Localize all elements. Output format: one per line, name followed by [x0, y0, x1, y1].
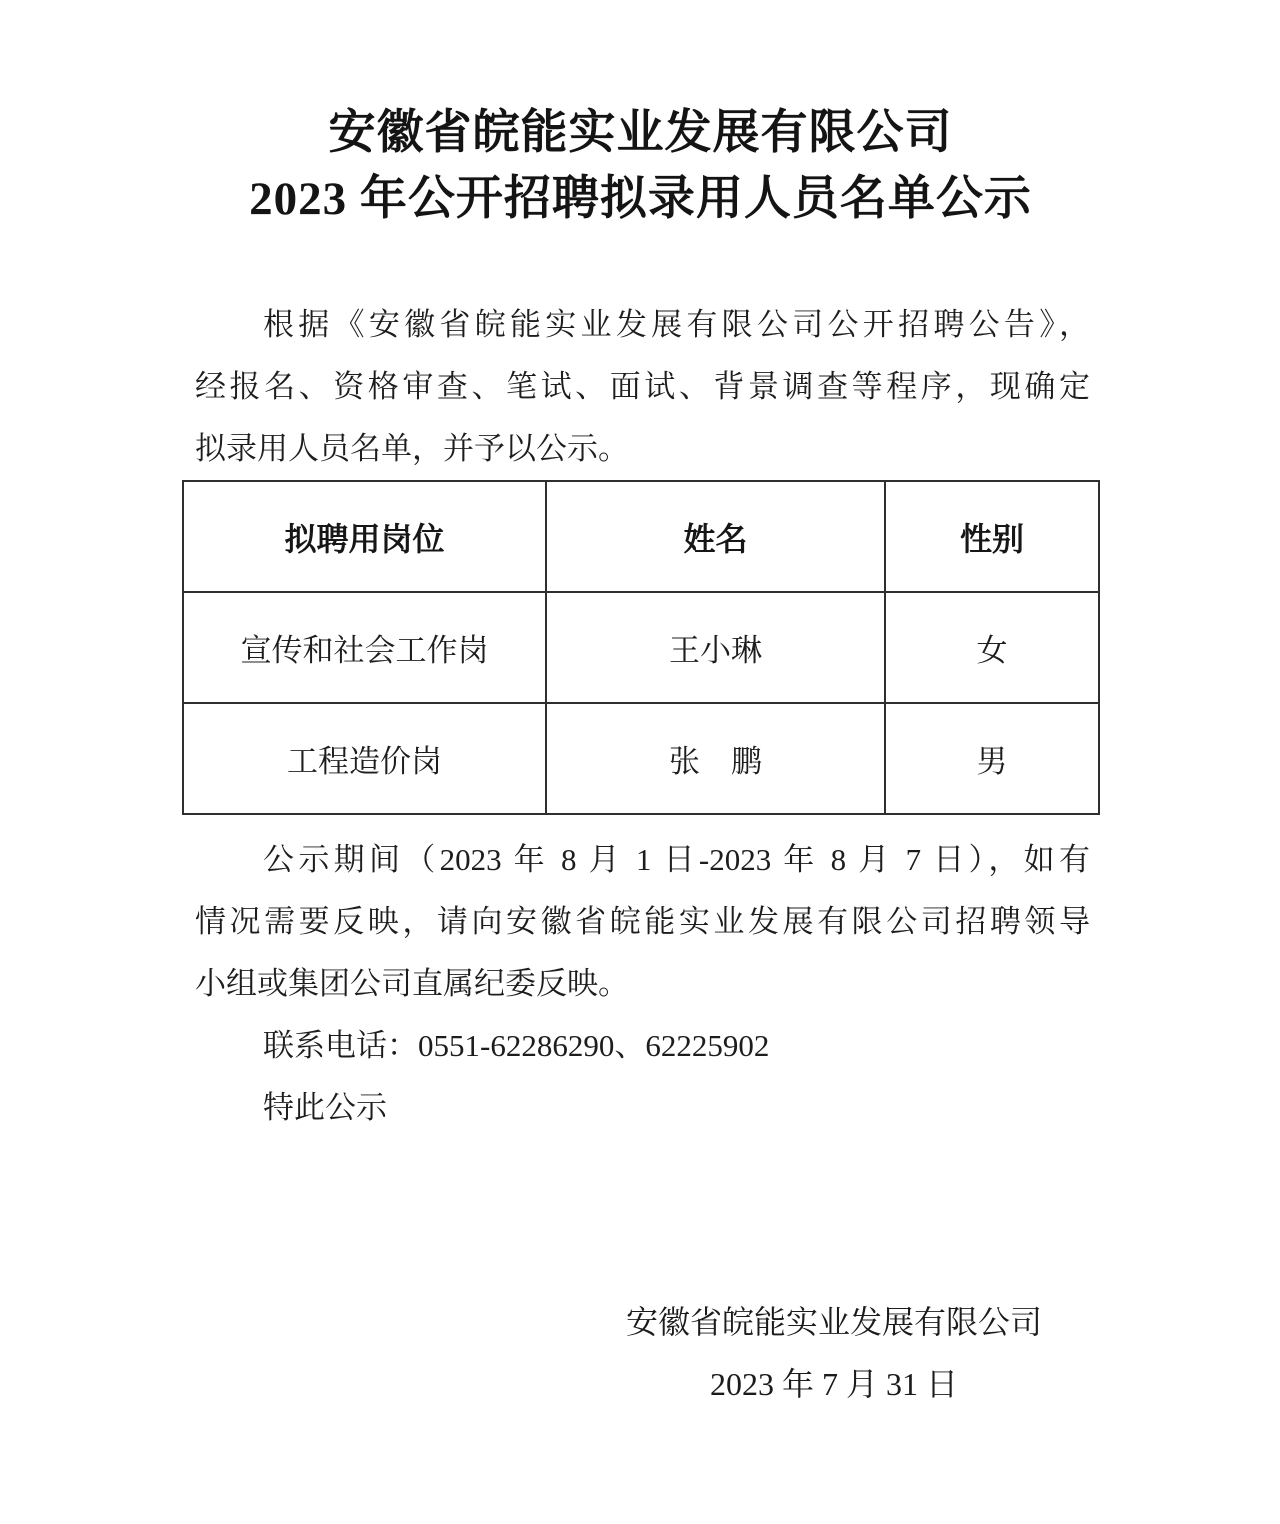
document-page: 安徽省皖能实业发展有限公司 2023 年公开招聘拟录用人员名单公示 根据《安徽省… [0, 0, 1280, 1524]
cell-gender: 男 [885, 703, 1099, 814]
notice-line-1: 公示期间（2023 年 8 月 1 日-2023 年 8 月 7 日），如有 [195, 829, 1090, 891]
signature-block: 安徽省皖能实业发展有限公司 2023 年 7 月 31 日 [183, 1291, 1098, 1415]
intro-line-1: 根据《安徽省皖能实业发展有限公司公开招聘公告》， [195, 294, 1090, 356]
title-line-company: 安徽省皖能实业发展有限公司 [183, 100, 1098, 166]
signature-company: 安徽省皖能实业发展有限公司 [570, 1291, 1098, 1353]
header-cell-name: 姓名 [546, 481, 885, 592]
cell-position: 工程造价岗 [183, 703, 546, 814]
cell-position: 宣传和社会工作岗 [183, 592, 546, 703]
signature-date: 2023 年 7 月 31 日 [570, 1353, 1098, 1415]
intro-paragraph: 根据《安徽省皖能实业发展有限公司公开招聘公告》， 经报名、资格审查、笔试、面试、… [195, 294, 1090, 480]
table-header-row: 拟聘用岗位 姓名 性别 [183, 481, 1099, 592]
document-title: 安徽省皖能实业发展有限公司 2023 年公开招聘拟录用人员名单公示 [183, 100, 1098, 232]
notice-paragraph: 公示期间（2023 年 8 月 1 日-2023 年 8 月 7 日），如有 情… [195, 829, 1090, 1139]
proposed-hire-table: 拟聘用岗位 姓名 性别 宣传和社会工作岗 王小琳 女 工程造价岗 张 鹏 男 [182, 480, 1100, 815]
contact-phone-line: 联系电话：0551-62286290、62225902 [195, 1015, 1090, 1077]
cell-name: 王小琳 [546, 592, 885, 703]
cell-name: 张 鹏 [546, 703, 885, 814]
notice-line-2: 情况需要反映，请向安徽省皖能实业发展有限公司招聘领导 [195, 891, 1090, 953]
header-cell-position: 拟聘用岗位 [183, 481, 546, 592]
header-cell-gender: 性别 [885, 481, 1099, 592]
notice-line-3: 小组或集团公司直属纪委反映。 [195, 953, 1090, 1015]
cell-gender: 女 [885, 592, 1099, 703]
intro-line-3: 拟录用人员名单，并予以公示。 [195, 418, 1090, 480]
closing-statement-line: 特此公示 [195, 1077, 1090, 1139]
table-row: 工程造价岗 张 鹏 男 [183, 703, 1099, 814]
table-row: 宣传和社会工作岗 王小琳 女 [183, 592, 1099, 703]
intro-line-2: 经报名、资格审查、笔试、面试、背景调查等程序，现确定 [195, 356, 1090, 418]
title-line-subject: 2023 年公开招聘拟录用人员名单公示 [183, 166, 1098, 232]
